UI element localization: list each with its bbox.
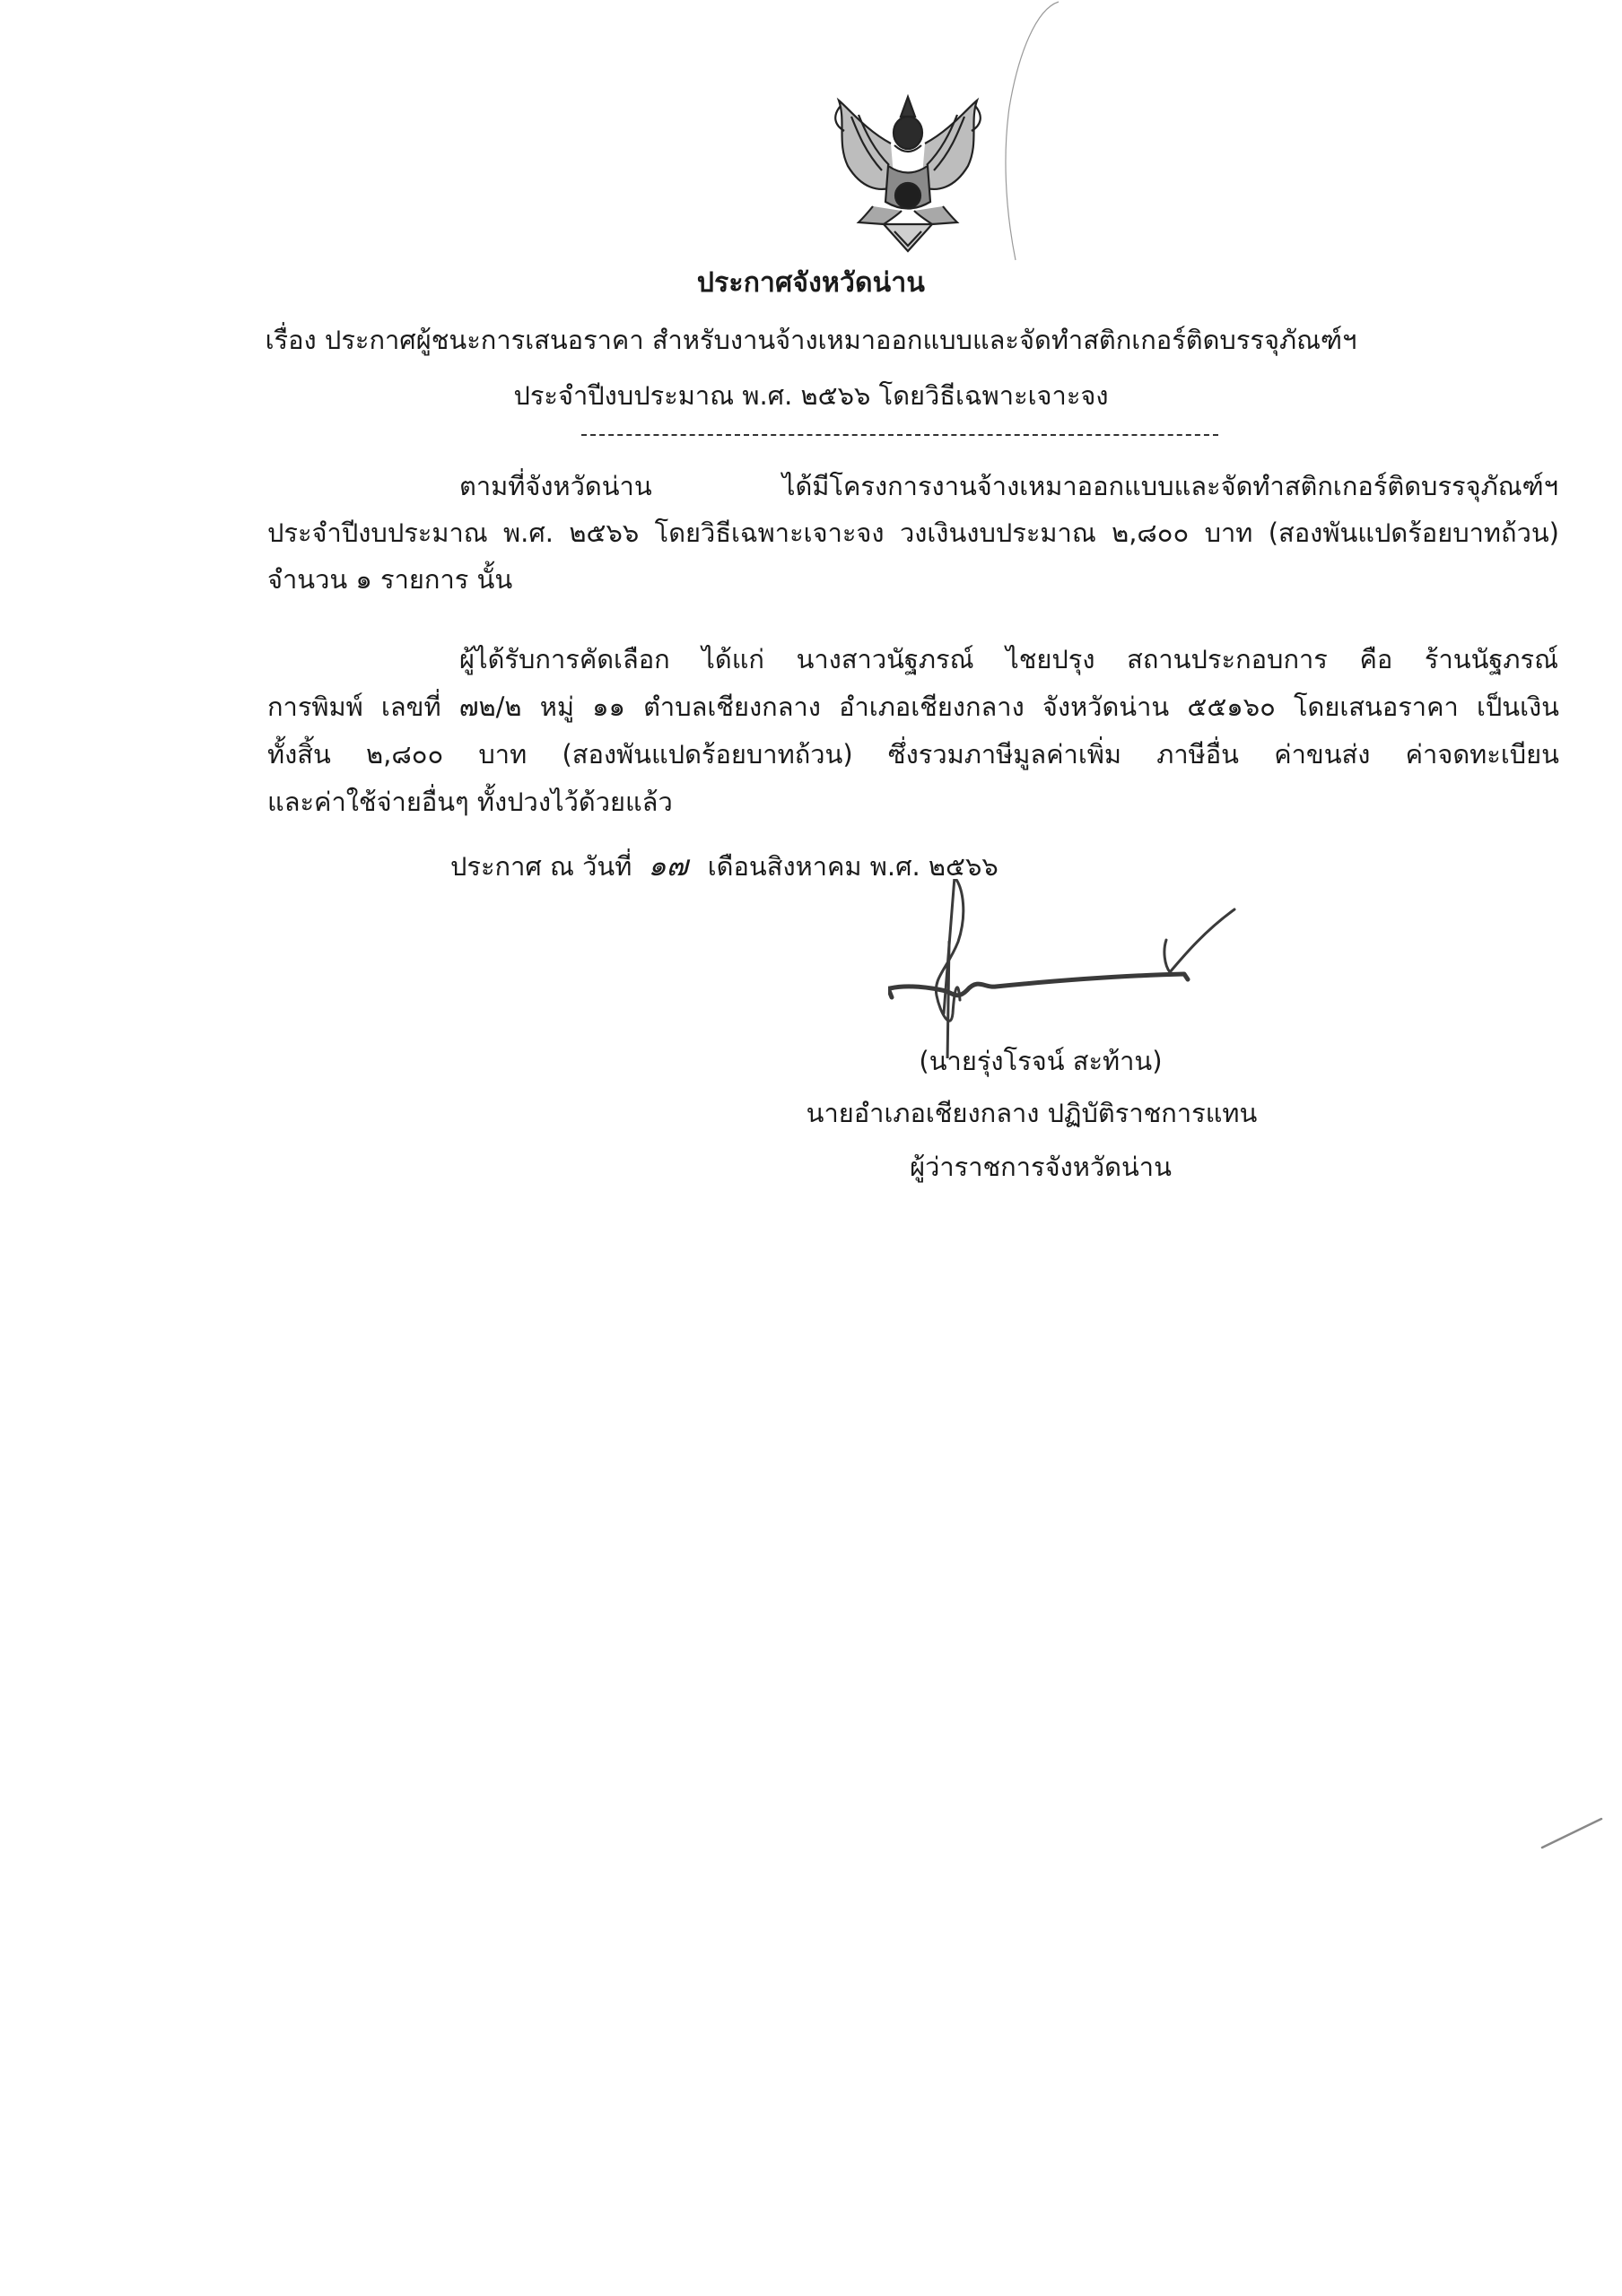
signatory-position-2: ผู้ว่าราชการจังหวัดน่าน bbox=[807, 1146, 1274, 1187]
signatory-name: (นายรุ่งโรจน์ สะท้าน) bbox=[897, 1040, 1184, 1082]
date-suffix: เดือนสิงหาคม พ.ศ. ๒๕๖๖ bbox=[708, 851, 998, 882]
document-page: ประกาศจังหวัดน่าน เรื่อง ประกาศผู้ชนะการ… bbox=[0, 0, 1622, 2296]
document-title: ประกาศจังหวัดน่าน bbox=[0, 262, 1622, 304]
subject-line-1: เรื่อง ประกาศผู้ชนะการเสนอราคา สำหรับงาน… bbox=[0, 319, 1622, 361]
date-day-handwritten: ๑๗ bbox=[648, 843, 687, 889]
subject-line-2: ประจำปีงบประมาณ พ.ศ. ๒๕๖๖ โดยวิธีเฉพาะเจ… bbox=[0, 375, 1622, 416]
paragraph-2-line-3: ทั้งสิ้น ๒,๘๐๐ บาท (สองพันแปดร้อยบาทถ้วน… bbox=[267, 734, 1559, 775]
date-prefix: ประกาศ ณ วันที่ bbox=[450, 851, 632, 882]
paragraph-1-line-2: ประจำปีงบประมาณ พ.ศ. ๒๕๖๖ โดยวิธีเฉพาะเจ… bbox=[267, 512, 1559, 553]
handwritten-signature bbox=[888, 879, 1265, 1058]
paragraph-2-line-4: และค่าใช้จ่ายอื่นๆ ทั้งปวงไว้ด้วยแล้ว bbox=[267, 781, 673, 822]
paragraph-2-line-2: การพิมพ์ เลขที่ ๗๒/๒ หมู่ ๑๑ ตำบลเชียงกล… bbox=[267, 686, 1559, 727]
signatory-position-1: นายอำเภอเชียงกลาง ปฏิบัติราชการแทน bbox=[780, 1092, 1283, 1134]
stray-pen-mark bbox=[1539, 1812, 1610, 1857]
paragraph-1-line-1: ตามที่จังหวัดน่าน ได้มีโครงการงานจ้างเหม… bbox=[459, 465, 1558, 507]
paragraph-2-line-1: ผู้ได้รับการคัดเลือก ได้แก่ นางสาวนัฐภรณ… bbox=[459, 639, 1558, 680]
garuda-emblem-icon bbox=[812, 81, 1005, 260]
divider-dashed bbox=[581, 434, 1218, 436]
paragraph-1-line-3: จำนวน ๑ รายการ นั้น bbox=[267, 559, 512, 600]
